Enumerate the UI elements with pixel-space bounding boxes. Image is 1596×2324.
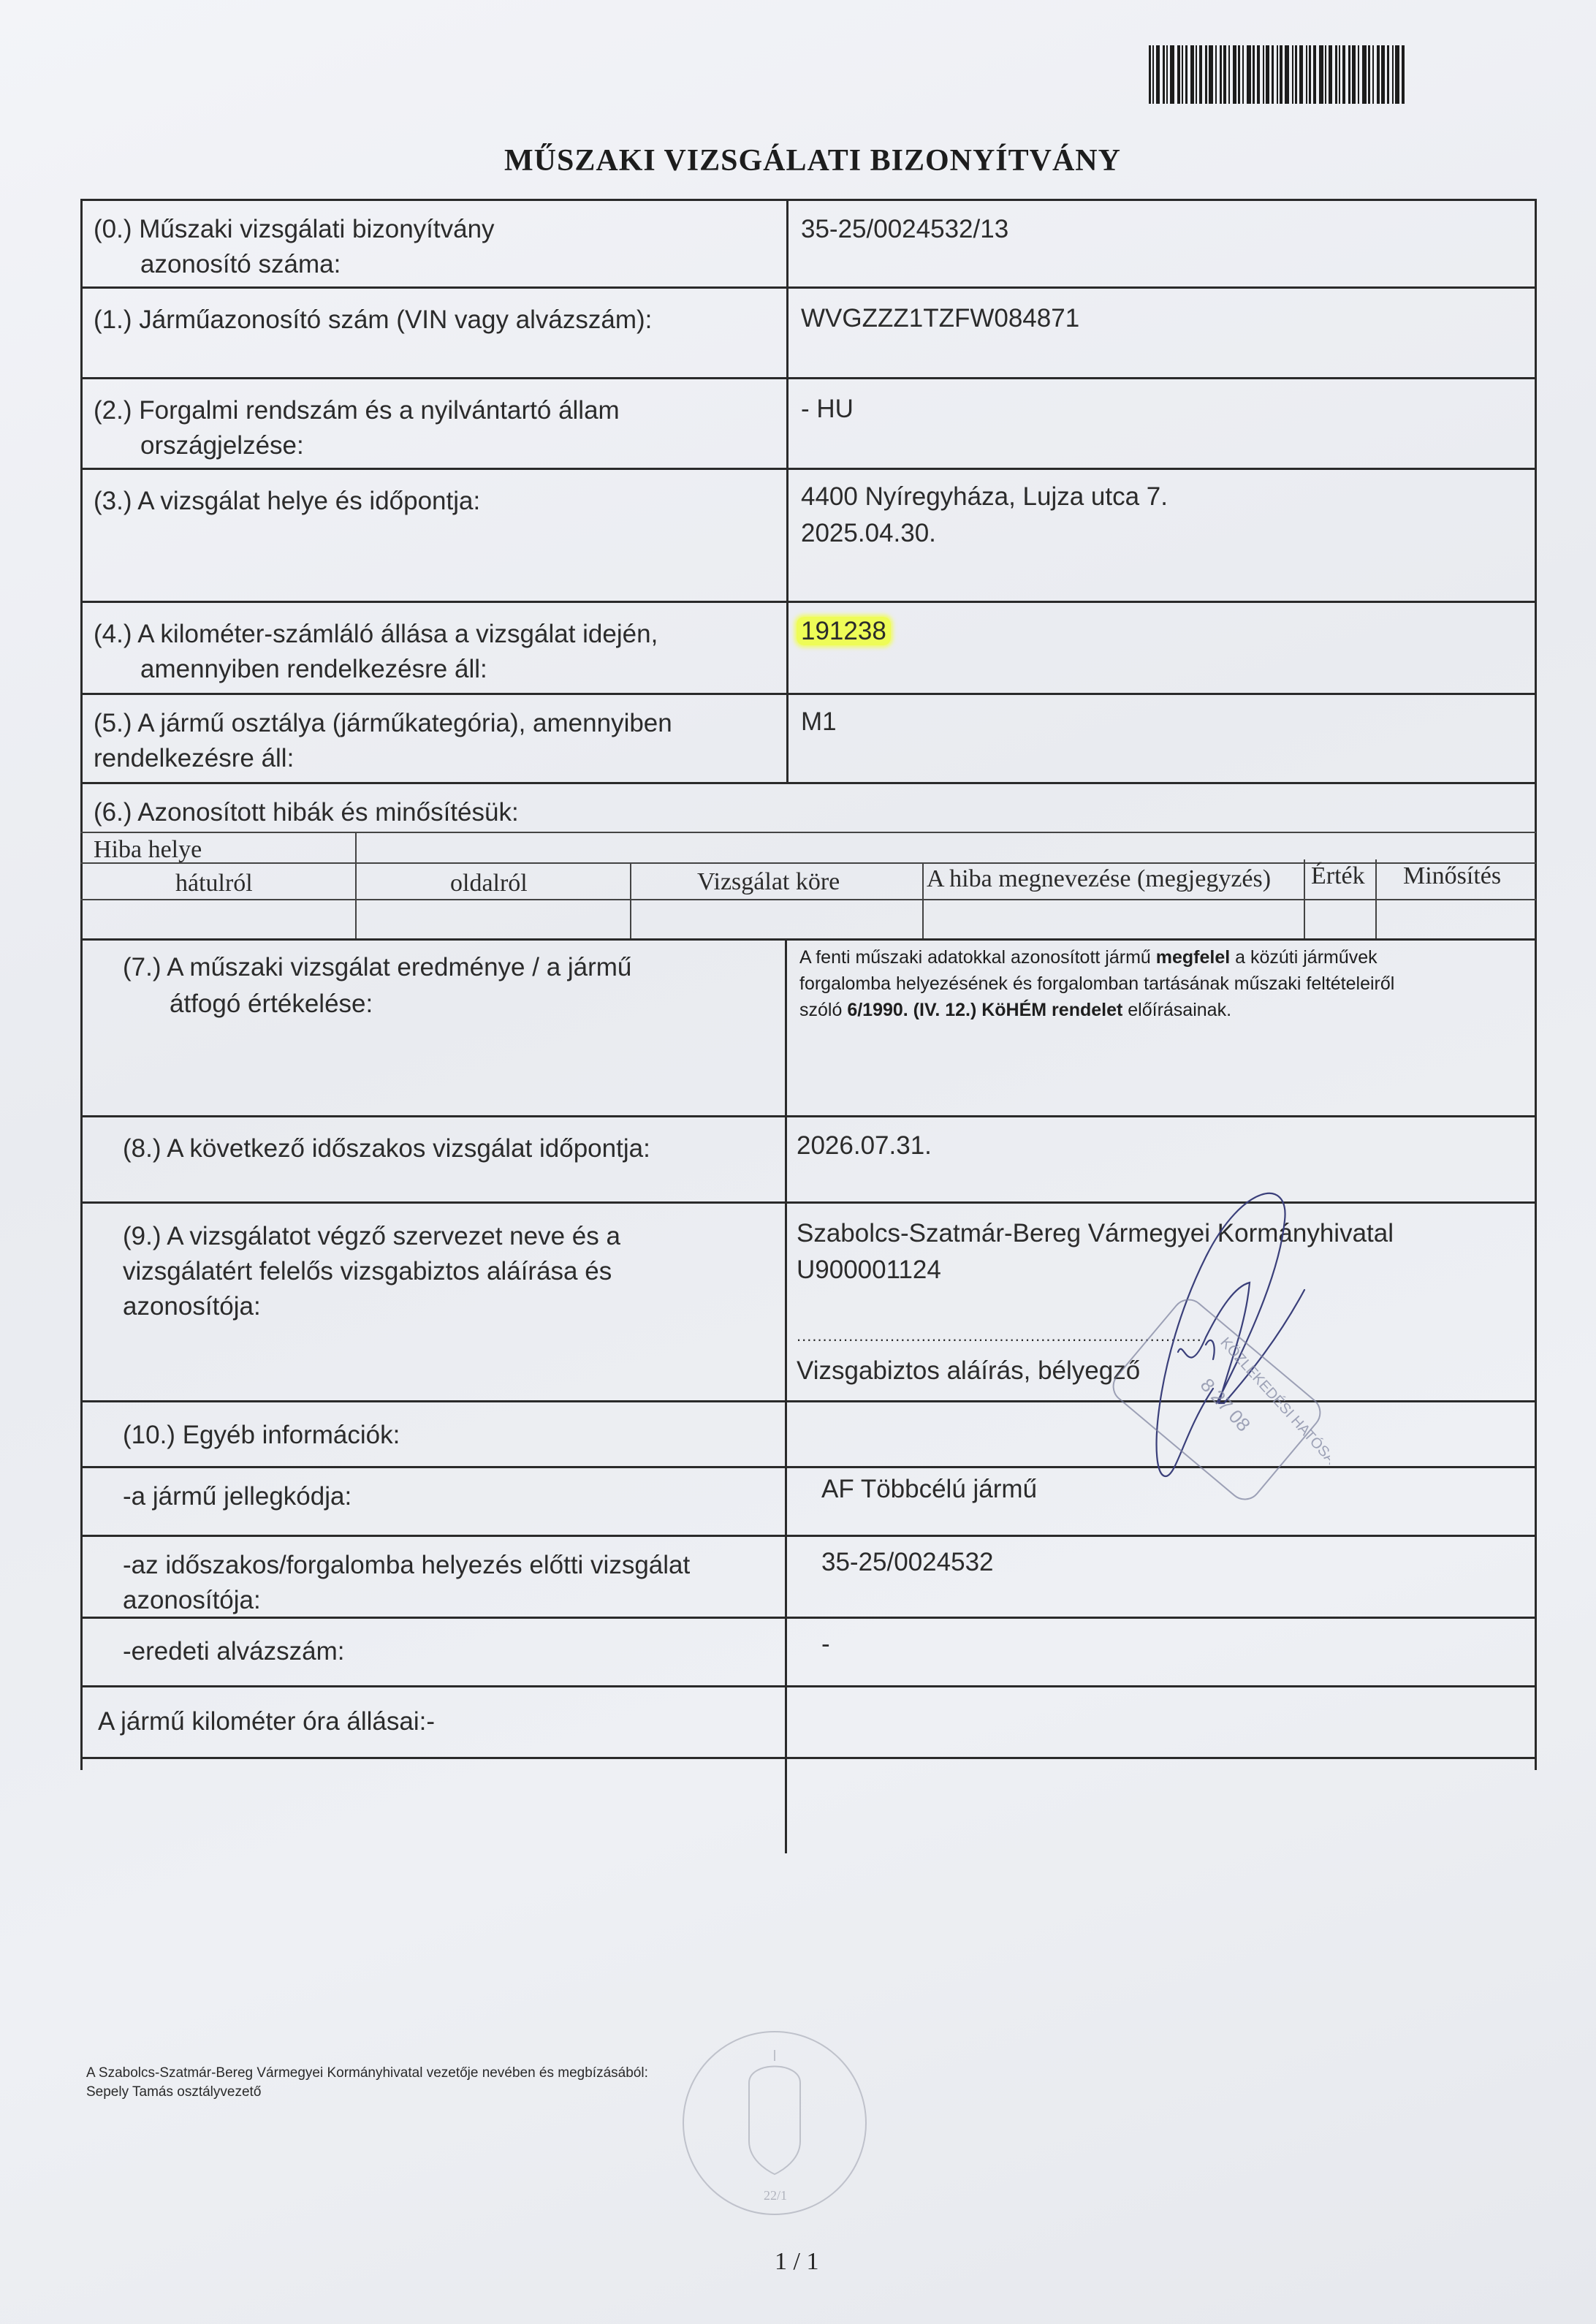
field-9-label-cont2: azonosítója: <box>123 1289 261 1324</box>
field-8-label: (8.) A következő időszakos vizsgálat idő… <box>123 1131 650 1166</box>
field-7-label: (7.) A műszaki vizsgálat eredménye / a j… <box>123 950 631 985</box>
row-divider <box>80 377 1536 379</box>
defects-col-scope: Vizsgálat köre <box>697 868 840 896</box>
prior-inspection-id-value: 35-25/0024532 <box>821 1545 994 1580</box>
field-7-label-cont: átfogó értékelése: <box>170 987 373 1022</box>
field-9-label: (9.) A vizsgálatot végző szervezet neve … <box>123 1219 620 1254</box>
field-9-label-cont: vizsgálatért felelős vizsgabiztos aláírá… <box>123 1254 612 1289</box>
field-5-label-cont: rendelkezésre áll: <box>94 741 294 776</box>
table-border-bottom <box>80 1757 1536 1759</box>
official-seal-icon: 22/1 <box>669 2017 881 2229</box>
row-divider <box>80 286 1536 289</box>
field-0-label: (0.) Műszaki vizsgálati bizonyítvány <box>94 212 495 247</box>
field-10-label: (10.) Egyéb információk: <box>123 1418 400 1453</box>
field-4-label: (4.) A kilométer-számláló állása a vizsg… <box>94 617 658 652</box>
original-chassis-label: -eredeti alvázszám: <box>123 1634 344 1669</box>
row-divider <box>80 832 1536 833</box>
vin-value: WVGZZZ1TZFW084871 <box>801 301 1079 336</box>
column-divider <box>355 832 357 938</box>
registration-value: - HU <box>801 392 854 427</box>
vehicle-category-value: M1 <box>801 705 837 740</box>
prior-inspection-id-label-cont: azonosítója: <box>123 1583 261 1618</box>
column-divider <box>922 862 924 938</box>
inspection-place-value: 4400 Nyíregyháza, Lujza utca 7. <box>801 479 1168 514</box>
defects-col-rating: Minősítés <box>1403 862 1501 890</box>
odometer-value: 191238 <box>801 614 891 649</box>
inspection-date-value: 2025.04.30. <box>801 516 936 551</box>
next-inspection-value: 2026.07.31. <box>797 1128 932 1163</box>
field-4-label-cont: amennyiben rendelkezésre áll: <box>140 652 487 687</box>
defects-col-side: oldalról <box>450 870 528 897</box>
certificate-id-value: 35-25/0024532/13 <box>801 212 1008 247</box>
odometer-highlight: 191238 <box>797 617 891 645</box>
defects-col-value: Érték <box>1311 862 1365 890</box>
row-divider <box>80 938 1536 941</box>
field-1-label: (1.) Járműazonosító szám (VIN vagy alváz… <box>94 303 652 338</box>
signature-caption: Vizsgabiztos aláírás, bélyegző <box>797 1353 1140 1389</box>
document-title: MŰSZAKI VIZSGÁLATI BIZONYÍTVÁNY <box>0 143 1596 178</box>
row-divider <box>80 899 1536 900</box>
inspector-id: U900001124 <box>797 1253 941 1288</box>
column-divider <box>630 862 631 938</box>
defects-col-rear: hátulról <box>175 870 253 897</box>
row-divider <box>80 782 1536 784</box>
table-border-top <box>80 199 1536 201</box>
regulation-reference: 6/1990. (IV. 12.) KöHÉM rendelet <box>847 1000 1122 1020</box>
handwritten-signature-icon: KÖZLEKEDÉSI HATÓSÁG 8 27 08 <box>1096 1169 1330 1549</box>
odometer-history-label: A jármű kilométer óra állásai:- <box>98 1704 435 1739</box>
row-divider <box>80 1617 1536 1619</box>
row-divider <box>80 693 1536 695</box>
prior-inspection-id-label: -az időszakos/forgalomba helyezés előtti… <box>123 1548 690 1583</box>
field-6-label: (6.) Azonosított hibák és minősítésük: <box>94 795 519 830</box>
footer-signatory: Sepely Tamás osztályvezető <box>86 2083 261 2102</box>
vehicle-type-code-label: -a jármű jellegkódja: <box>123 1479 351 1514</box>
page-number: 1 / 1 <box>775 2248 818 2276</box>
row-divider <box>80 468 1536 470</box>
barcode-icon <box>1149 45 1523 104</box>
field-0-label-cont: azonosító száma: <box>140 247 341 282</box>
seal-number: 22/1 <box>764 2188 787 2203</box>
column-divider-lower <box>785 938 787 1853</box>
row-divider <box>80 1115 1536 1117</box>
original-chassis-value: - <box>821 1627 830 1662</box>
result-text-line2: forgalomba helyezésének és forgalomban t… <box>799 972 1394 996</box>
defects-group-header: Hiba helye <box>94 836 202 864</box>
row-divider <box>80 601 1536 603</box>
result-text-line1: A fenti műszaki adatokkal azonosított já… <box>799 946 1377 970</box>
defects-col-description: A hiba megnevezése (megjegyzés) <box>927 865 1271 893</box>
row-divider <box>80 1685 1536 1687</box>
field-2-label: (2.) Forgalmi rendszám és a nyilvántartó… <box>94 393 620 428</box>
field-2-label-cont: országjelzése: <box>140 428 304 463</box>
vehicle-type-code-value: AF Többcélú jármű <box>821 1472 1037 1507</box>
field-5-label: (5.) A jármű osztálya (járműkategória), … <box>94 706 672 741</box>
field-3-label: (3.) A vizsgálat helye és időpontja: <box>94 484 480 519</box>
footer-authority-line: A Szabolcs-Szatmár-Bereg Vármegyei Kormá… <box>86 2064 648 2083</box>
result-verdict: megfelel <box>1156 947 1230 968</box>
result-text-line3: szóló 6/1990. (IV. 12.) KöHÉM rendelet e… <box>799 998 1231 1022</box>
